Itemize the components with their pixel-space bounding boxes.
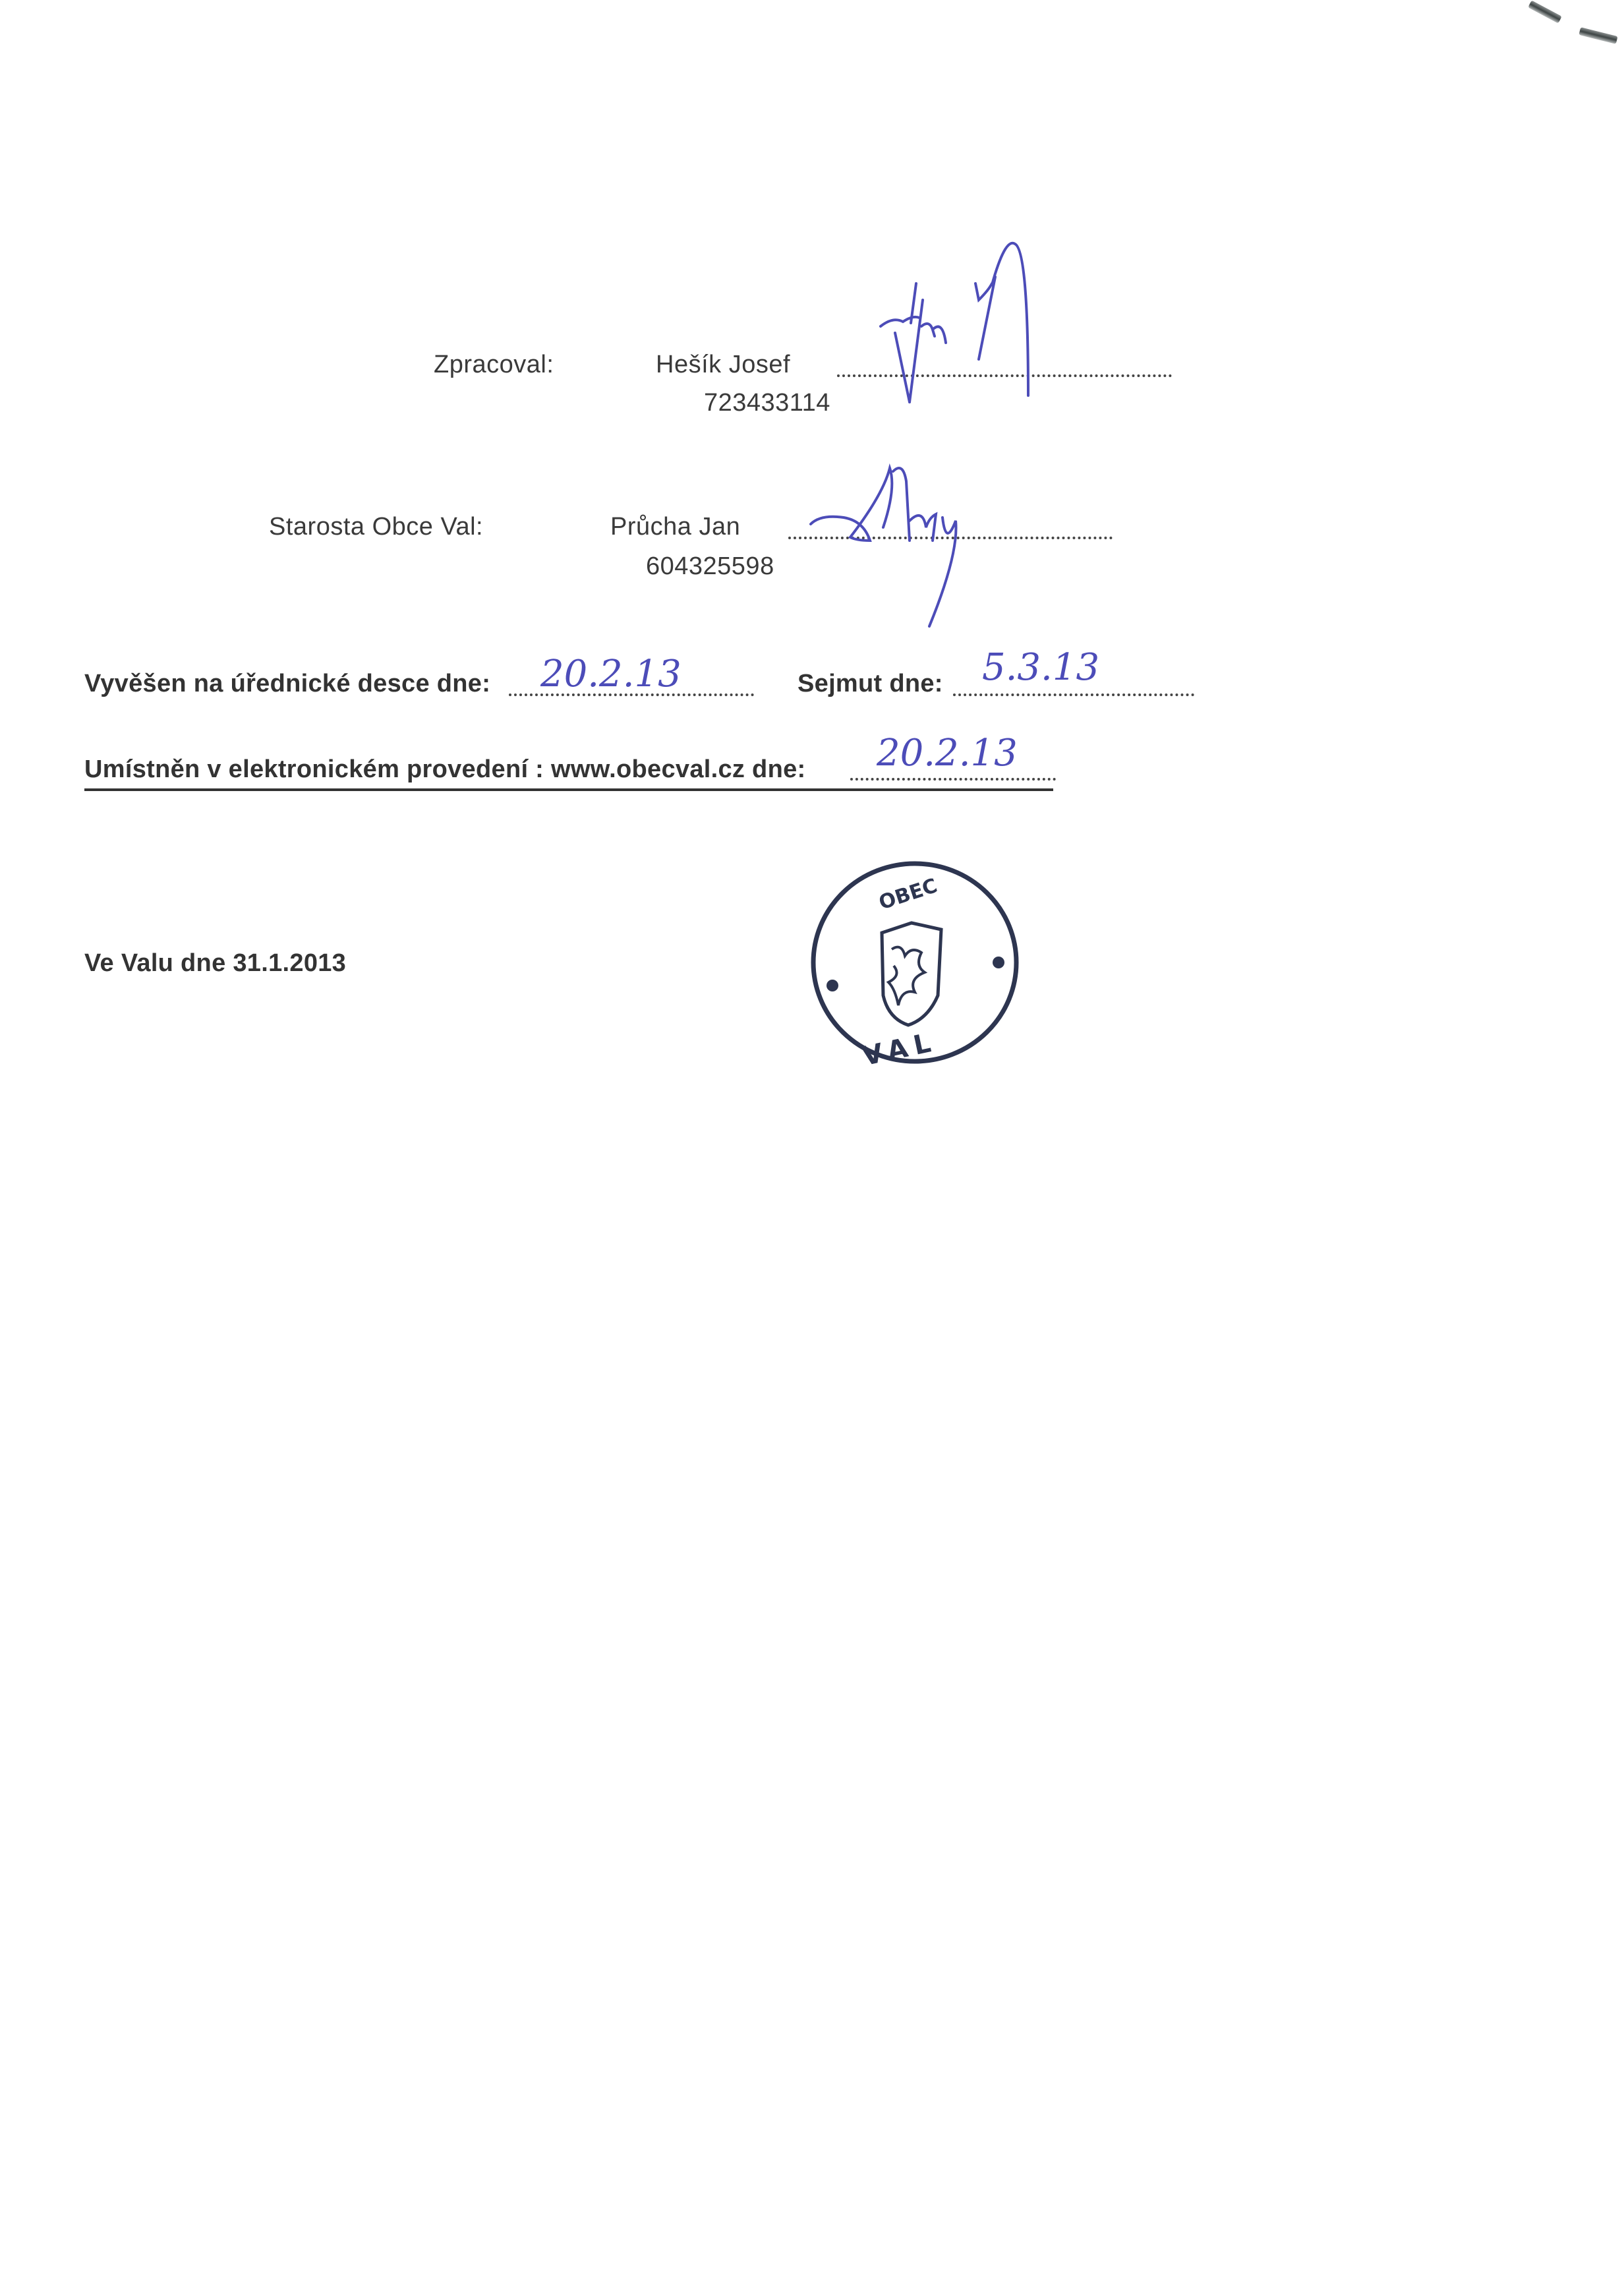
posted-date-handwritten: 20.2.13 [540,653,681,695]
staple-mark [1579,27,1617,44]
staple-mark [1528,0,1562,23]
posted-label: Vyvěšen na úřednické desce dne: [84,670,490,698]
stamp-bottom-text: VAL [859,1026,940,1072]
electronic-label: Umístněn v elektronickém provedení : www… [84,755,805,784]
mayor-label: Starosta Obce Val: [269,513,483,541]
prepared-by-label: Zpracoval: [434,351,554,379]
mayor-name: Průcha Jan [610,513,740,541]
stamp-top-text: OBEC [876,874,940,914]
removed-label: Sejmut dne: [797,670,943,698]
stamp-obec-val: OBEC VAL [803,857,1027,1068]
signature-prucha [791,455,1028,626]
prepared-by-phone: 723433114 [704,389,830,417]
place-date: Ve Valu dne 31.1.2013 [84,949,346,978]
electronic-date-line [850,778,1056,781]
removed-date-handwritten: 5.3.13 [982,646,1099,689]
prepared-by-name: Hešík Josef [656,351,790,379]
signature-hesik [837,237,1114,396]
mayor-phone: 604325598 [646,552,774,581]
electronic-underline [84,788,1053,791]
removed-date-line [953,694,1194,696]
electronic-date-handwritten: 20.2.13 [877,732,1018,775]
